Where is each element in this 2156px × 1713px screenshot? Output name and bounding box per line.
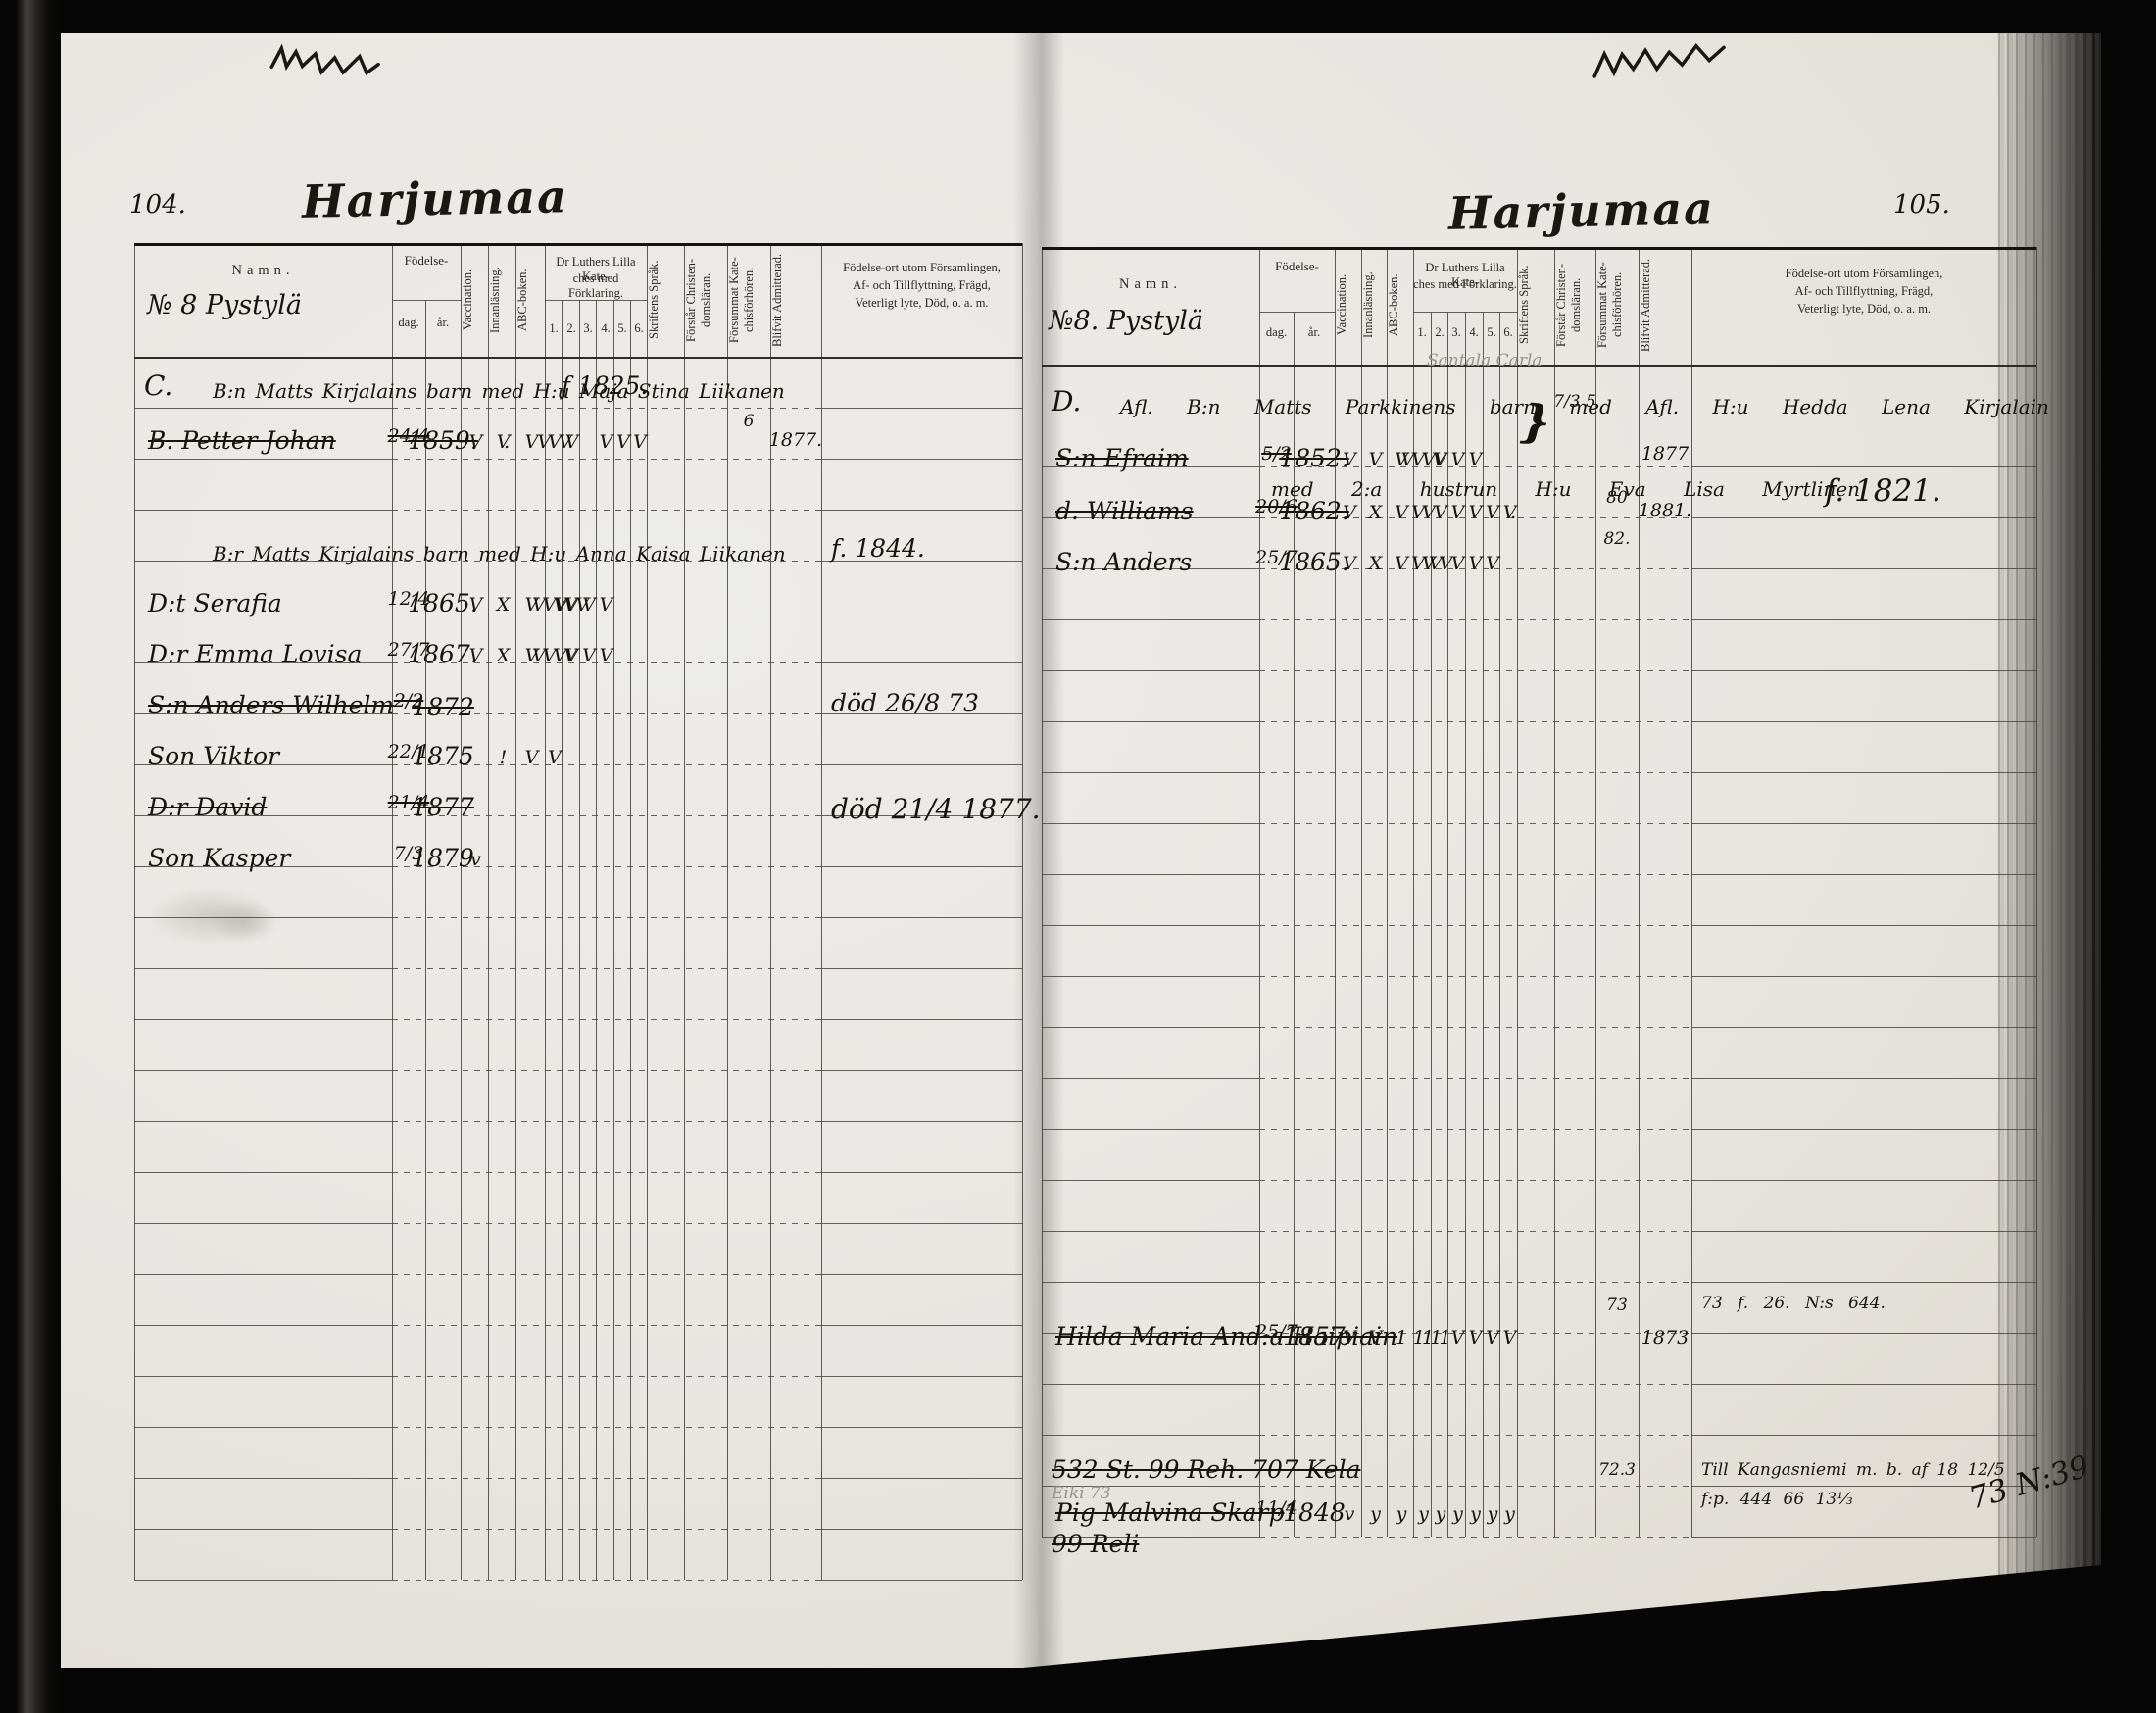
entry-williams-marks-k2: V	[1434, 504, 1445, 522]
ink-brace: }	[1520, 398, 1552, 445]
entry-williams-marks-k5: V	[1486, 504, 1496, 522]
second-wife-birth: f. 1821.	[1825, 476, 1941, 507]
entry-efraim-marks-k2: V	[1434, 451, 1445, 469]
right-page: Harjumaa 105. Namn. №8. Pystylä Födelse-…	[0, 0, 2156, 1713]
entry-hilda-note: 73 f. 26. N:s 644.	[1701, 1296, 1886, 1312]
moved-note-line1: Till Kangasniemi m. b. af 18 12/5	[1701, 1462, 2005, 1479]
entry-malvina-name: Pig Malvina Skarp	[1055, 1500, 1284, 1525]
entry-malvina-marks-vacc: v	[1345, 1505, 1352, 1524]
entry-hilda-marks-k4: V	[1469, 1329, 1480, 1347]
entry-anders-marks-vacc: V	[1343, 555, 1353, 573]
second-wife-note: med 2:a hustrun H:u Eva Lisa Myrtlinen	[1271, 479, 1860, 499]
entry-williams-name: d. Williams	[1055, 499, 1194, 523]
entry-anders-marks-k3: V	[1451, 555, 1462, 573]
right-page-handwriting: Santala CarlaD.Afl. B:n Matts Parkkinens…	[0, 0, 2156, 1713]
entry-hilda-marks-abc: 1	[1396, 1329, 1404, 1347]
family-note: 7/3 5	[1553, 394, 1596, 411]
entry-williams-marks-k1: VV	[1411, 504, 1432, 522]
entry-efraim-marks-innan: V	[1369, 451, 1380, 469]
below-table-note: 99 Reli	[1052, 1532, 1139, 1556]
entry-williams-ar: 1862.	[1279, 499, 1349, 523]
entry-malvina-marks-k2: y	[1436, 1505, 1444, 1524]
entry-hilda-marks-k1: 11	[1413, 1329, 1431, 1347]
entry-efraim-name: S:n Efraim	[1055, 446, 1189, 470]
entry-anders-marks-k2: VV	[1429, 555, 1449, 573]
entry-williams-forsummat-below: 82.	[1603, 531, 1630, 548]
entry-malvina-ar: 1848	[1283, 1500, 1346, 1525]
entry-efraim-blifvit: 1877	[1641, 445, 1689, 464]
entry-hilda-marks-k3: V	[1451, 1329, 1462, 1347]
entry-hilda-marks-k2: 11	[1430, 1329, 1447, 1347]
entry-malvina-marks-k3: y	[1452, 1505, 1460, 1524]
entry-efraim-marks-vacc: V	[1343, 451, 1353, 469]
entry-williams-blifvit: 1881.	[1639, 502, 1691, 520]
entry-hilda-forsummat: 73	[1606, 1297, 1628, 1314]
entry-efraim-marks-k4: V	[1469, 451, 1480, 469]
entry-malvina-marks-k5: y	[1488, 1505, 1495, 1524]
register-book-scan: 104. Harjumaa Namn. № 8 Pystylä Födelse-…	[0, 0, 2156, 1713]
family-margin: D.	[1052, 388, 1081, 416]
entry-williams-marks-vacc: V	[1343, 504, 1353, 522]
entry-anders-ar: 1865.	[1279, 550, 1349, 574]
entry-efraim-marks-k3: V	[1451, 451, 1462, 469]
entry-anders-marks-k4: V	[1469, 555, 1480, 573]
entry-williams-marks-k3: V	[1451, 504, 1462, 522]
entry-anders-name: S:n Anders	[1055, 550, 1192, 574]
entry-malvina-marks-abc: y	[1396, 1505, 1404, 1524]
entry-malvina-marks-k6: y	[1504, 1505, 1512, 1524]
entry-hilda-marks-k6: V	[1503, 1329, 1514, 1347]
entry-hilda-ar: 1857	[1283, 1324, 1346, 1348]
entry-anders-marks-innan: X	[1369, 555, 1380, 573]
entry-hilda-marks-innan: V	[1369, 1329, 1380, 1347]
moved-note-line2: f:p. 444 66 13⅓	[1701, 1492, 1853, 1508]
entry-williams-marks-k4: V	[1469, 504, 1480, 522]
entry-anders-marks-abc: V	[1395, 555, 1405, 573]
entry-williams-marks-abc: V	[1395, 504, 1405, 522]
entry-malvina-forsummat: 72.3	[1598, 1462, 1636, 1479]
entry-hilda-marks-k5: V	[1486, 1329, 1496, 1347]
pencil-note: Santala Carla	[1427, 353, 1543, 369]
entry-williams-marks-k6: V.	[1503, 504, 1513, 522]
entry-malvina-marks-k4: y	[1470, 1505, 1478, 1524]
entry-malvina-marks-innan: y	[1370, 1505, 1378, 1524]
entry-efraim-ar: 1852.	[1279, 446, 1349, 470]
admin-line-struck: 532 St. 99 Reh. 707 Kela	[1052, 1457, 1360, 1482]
entry-hilda-marks-vacc: V	[1343, 1329, 1353, 1347]
entry-malvina-marks-k1: y	[1418, 1505, 1426, 1524]
entry-hilda-blifvit: 1873	[1641, 1329, 1689, 1347]
entry-anders-marks-k5: V	[1486, 555, 1496, 573]
entry-williams-forsummat-above: 80	[1606, 490, 1628, 507]
entry-williams-marks-innan: X	[1369, 504, 1380, 522]
